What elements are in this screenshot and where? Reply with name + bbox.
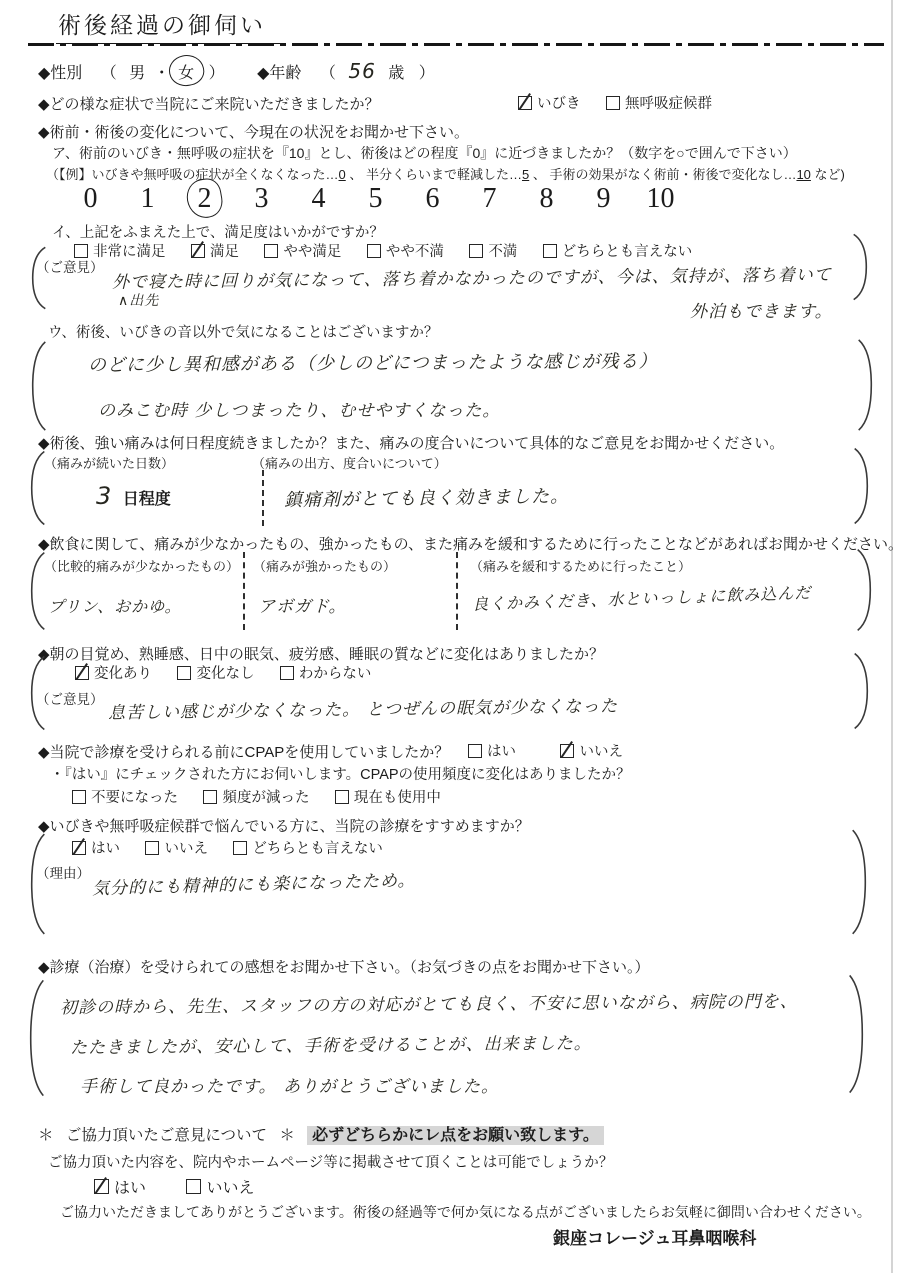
comment-bracket-left	[30, 340, 48, 432]
checkbox-label: どちらとも言えない	[252, 837, 383, 858]
checkbox-mukokyu	[606, 96, 620, 110]
comment-label: （ご意見）	[36, 256, 104, 276]
checkbox-label: 不満	[488, 240, 517, 261]
checkbox	[145, 841, 159, 855]
example-part: 、 半分くらいまで軽減した…	[346, 167, 522, 182]
comment-bracket-right	[856, 338, 874, 432]
food-col3-value: 良くかみくだき、水といっしょに飲み込んだ	[472, 580, 812, 615]
scale-number-9: 9	[575, 183, 632, 215]
scale-number-6: 6	[404, 183, 461, 215]
comment-bracket-right	[852, 652, 870, 730]
sleep-options: 変化あり 変化なし わからない	[75, 662, 392, 685]
pain-heading: ◆術後、強い痛みは何日程度続きましたか？また、痛みの度合いについて具体的なご意見…	[38, 432, 784, 453]
pain-days-label: （痛みが続いた日数）	[44, 453, 174, 472]
checkbox-label: 変化あり	[94, 662, 152, 683]
comment-bracket-right	[852, 447, 870, 525]
asterisk: ＊	[38, 1127, 54, 1144]
checkbox-label: いいえ	[206, 1175, 254, 1198]
scale-number-7: 7	[461, 183, 518, 215]
checkbox-option: どちらとも言えない	[233, 837, 383, 858]
impression-line1: 初診の時から、先生、スタッフの方の対応がとても良く、不安に思いながら、病院の門を…	[60, 987, 798, 1018]
checkbox-option: いいえ	[145, 837, 208, 858]
checkbox-label: やや満足	[283, 240, 341, 261]
food-col2-value: アボガド。	[258, 592, 346, 617]
scale-number-8: 8	[518, 183, 575, 215]
satisfaction-comment-line1: 外で寝た時に回りが気になって、落ち着かなかったのですが、今は、気持が、落ち着いて	[112, 260, 832, 293]
scale-number-2: 2	[176, 183, 233, 215]
asterisk: ＊	[279, 1127, 295, 1144]
checkbox-label: 変化なし	[196, 662, 254, 683]
checkbox-option: いいえ	[560, 740, 623, 761]
pain-days-value: 3	[96, 482, 112, 510]
checkbox-label: はい	[487, 740, 516, 761]
comment-bracket-right	[851, 233, 869, 301]
comment-bracket-right	[847, 973, 865, 1095]
checkbox-label: いいえ	[164, 837, 208, 858]
impression-line3: 手術して良かったです。 ありがとうございました。	[80, 1072, 499, 1097]
checkbox	[186, 1179, 201, 1194]
checkbox-option: 不満	[469, 240, 517, 261]
publish-question: ご協力頂いた内容を、院内やホームページ等に掲載させて頂くことは可能でしょうか？	[48, 1151, 613, 1172]
profile-row: ◆性別 （ 男 ・ 女 ） ◆年齢 （ 56 歳 ）	[38, 59, 435, 83]
checkbox-label: 頻度が減った	[222, 786, 309, 807]
pain-days-unit: 日程度	[123, 491, 171, 508]
column-divider	[456, 552, 458, 630]
checkbox-option: やや不満	[367, 240, 444, 261]
title-divider	[28, 43, 884, 46]
comment-bracket-right	[850, 828, 868, 936]
checkbox-label: いびき	[537, 92, 581, 113]
checkbox-option: 変化なし	[177, 662, 254, 683]
checkbox-label: はい	[114, 1175, 146, 1198]
insert-text: 出先	[129, 293, 159, 309]
checkbox	[468, 744, 482, 758]
scale-number-0: 0	[62, 183, 119, 215]
checkbox-option: はい	[94, 1175, 146, 1198]
checkbox	[560, 744, 574, 758]
paren: ）	[419, 65, 435, 82]
checkbox-option: やや満足	[264, 240, 341, 261]
comment-bracket-right	[855, 548, 873, 632]
satisfaction-comment-line2: 外泊もできます。	[690, 297, 833, 322]
change-heading: ◆術前・術後の変化について、今現在の状況をお聞かせ下さい。	[38, 121, 469, 142]
checkbox-label: はい	[91, 837, 120, 858]
checkbox	[543, 244, 557, 258]
satisfaction-comment-insert: ∧出先	[118, 290, 159, 310]
checkbox-option-ibiki: いびき	[518, 92, 581, 113]
change-example: （【例】いびきや無呼吸の症状が全くなくなった…0 、 半分くらいまで軽減した…5…	[46, 164, 845, 183]
other-line1: のどに少し異和感がある（少しのどにつまったような感じが残る）	[88, 347, 658, 377]
paren: ）	[209, 65, 225, 82]
pain-days-answer: 3 日程度	[96, 482, 171, 510]
food-col1-label: （比較的痛みが少なかったもの）	[44, 556, 239, 575]
cpap-options: はい いいえ	[468, 740, 644, 763]
checkbox	[72, 790, 86, 804]
checkbox	[72, 841, 86, 855]
checkbox	[280, 666, 294, 680]
gender-selected-circle	[166, 52, 207, 90]
checkbox-option: わからない	[280, 662, 372, 683]
footer-note-highlight: 必ずどちらかにレ点をお願い致します。	[307, 1126, 604, 1145]
cpap-followup-options: 不要になった 頻度が減った 現在も使用中	[72, 786, 462, 809]
checkbox-label: やや不満	[386, 240, 444, 261]
column-divider	[262, 470, 264, 526]
cpap-heading: ◆当院で診療を受けられる前にCPAPを使用していましたか？	[38, 741, 449, 762]
food-heading: ◆飲食に関して、痛みが少なかったもの、強かったもの、また痛みを緩和するために行っ…	[38, 533, 900, 554]
symptom-question: ◆どの様な症状で当院にご来院いただきましたか？	[38, 93, 380, 114]
clinic-name: 銀座コレージュ耳鼻咽喉科	[553, 1224, 756, 1249]
checkbox-label: 無呼吸症候群	[625, 92, 712, 113]
checkbox-option: 不要になった	[72, 786, 178, 807]
pain-desc-label: （痛みの出方、度合いについて）	[252, 453, 447, 472]
example-part: 、 手術の効果がなく術前・術後で変化なし…	[529, 167, 796, 182]
checkbox-option: どちらとも言えない	[543, 240, 693, 261]
example-anchor-0: 0	[339, 167, 346, 182]
footer-note: ＊ ご協力頂いたご意見について ＊ 必ずどちらかにレ点をお願い致します。	[38, 1122, 604, 1145]
scan-edge-artifact	[891, 0, 893, 1273]
food-col2-label: （痛みが強かったもの）	[253, 556, 396, 575]
age-label: ◆年齢	[257, 65, 301, 82]
cpap-followup: ・『はい』にチェックされた方にお伺いします。CPAPの使用頻度に変化はありました…	[50, 763, 631, 784]
scanned-survey-form: 術後経過の御伺い ◆性別 （ 男 ・ 女 ） ◆年齢 （ 56 歳 ） ◆どの様…	[0, 0, 900, 1273]
scale-number-10: 10	[632, 183, 689, 215]
column-divider	[243, 552, 245, 630]
scale-number-3: 3	[233, 183, 290, 215]
food-col3-label: （痛みを緩和するために行ったこと）	[470, 556, 691, 575]
checkbox-ibiki	[518, 96, 532, 110]
age-value-handwritten: 56	[348, 59, 375, 83]
other-sub-c: ウ、術後、いびきの音以外で気になることはございますか？	[48, 321, 438, 342]
example-part: （【例】いびきや無呼吸の症状が全くなくなった…	[46, 167, 339, 182]
checkbox-option: はい	[72, 837, 120, 858]
satisfaction-options: 非常に満足 満足 やや満足 やや不満 不満 どちらとも言えない	[74, 240, 713, 263]
sleep-heading: ◆朝の目覚め、熟睡感、日中の眠気、疲労感、睡眠の質などに変化はありましたか？	[38, 643, 604, 664]
page-title: 術後経過の御伺い	[56, 7, 280, 44]
checkbox-label: どちらとも言えない	[562, 240, 693, 261]
rating-scale: 012345678910	[62, 183, 689, 215]
separator-dot: ・	[154, 65, 170, 82]
comment-bracket-left	[28, 978, 46, 1098]
checkbox	[264, 244, 278, 258]
insert-caret: ∧	[118, 293, 129, 309]
checkbox	[203, 790, 217, 804]
scale-number-5: 5	[347, 183, 404, 215]
checkbox	[233, 841, 247, 855]
gender-option-female: 女	[178, 60, 194, 83]
checkbox-label: 満足	[210, 240, 239, 261]
checkbox-option: 満足	[191, 240, 239, 261]
recommend-options: はい いいえ どちらとも言えない	[72, 837, 404, 860]
checkbox-option: はい	[468, 740, 516, 761]
checkbox	[75, 666, 89, 680]
scale-number-1: 1	[119, 183, 176, 215]
comment-bracket-left	[29, 832, 47, 936]
checkbox	[177, 666, 191, 680]
gender-option-male: 男	[129, 65, 145, 82]
checkbox-option: 変化あり	[75, 662, 152, 683]
gender-label: ◆性別	[38, 65, 82, 82]
recommend-reason: 気分的にも精神的にも楽になったため。	[92, 866, 416, 899]
checkbox	[191, 244, 205, 258]
checkbox	[469, 244, 483, 258]
recommend-heading: ◆いびきや無呼吸症候群で悩んでいる方に、当院の診療をすすめますか？	[38, 815, 530, 836]
change-sub-a: ア、術前のいびき・無呼吸の症状を『10』とし、術後はどの程度『0』に近づきました…	[52, 143, 797, 163]
checkbox	[335, 790, 349, 804]
food-col1-value: プリン、おかゆ。	[48, 594, 181, 617]
checkbox-option: 現在も使用中	[335, 786, 441, 807]
checkbox-label: 非常に満足	[93, 240, 166, 261]
checkbox-option: 頻度が減った	[203, 786, 309, 807]
footer-note-text: ご協力頂いたご意見について	[66, 1127, 267, 1144]
age-unit: 歳	[388, 65, 404, 82]
impression-line2: たたきましたが、安心して、手術を受けることが、出来ました。	[70, 1029, 592, 1059]
checkbox-label: 現在も使用中	[354, 786, 441, 807]
paren: （	[320, 65, 336, 82]
satisfaction-sub-b: イ、上記をふまえた上で、満足度はいかがですか？	[52, 221, 384, 242]
checkbox	[367, 244, 381, 258]
reason-label: （理由）	[36, 862, 90, 882]
checkbox	[94, 1179, 109, 1194]
checkbox-option-mukokyu: 無呼吸症候群	[606, 92, 712, 113]
example-part: など)	[811, 167, 845, 182]
symptom-options: いびき 無呼吸症候群	[518, 92, 733, 115]
checkbox-label: いいえ	[579, 740, 623, 761]
pain-desc-value: 鎮痛剤がとても良く効きました。	[284, 482, 569, 512]
paren: （	[101, 65, 117, 82]
scale-number-4: 4	[290, 183, 347, 215]
other-line2: のみこむ時 少しつまったり、むせやすくなった。	[98, 396, 500, 421]
example-anchor-10: 10	[796, 167, 810, 182]
checkbox-label: 不要になった	[91, 786, 178, 807]
sleep-comment: 息苦しい感じが少なくなった。 とつぜんの眠気が少なくなった	[108, 691, 618, 723]
impression-heading: ◆診療（治療）を受けられての感想をお聞かせ下さい。（お気づきの点をお聞かせ下さい…	[38, 956, 650, 977]
publish-options: はい いいえ	[94, 1175, 275, 1199]
checkbox-option: いいえ	[186, 1175, 254, 1198]
comment-label: （ご意見）	[36, 688, 104, 708]
footer-thanks: ご協力いただきましてありがとうございます。術後の経過等で何か気になる点がございま…	[60, 1202, 871, 1222]
checkbox-label: わからない	[299, 662, 372, 683]
